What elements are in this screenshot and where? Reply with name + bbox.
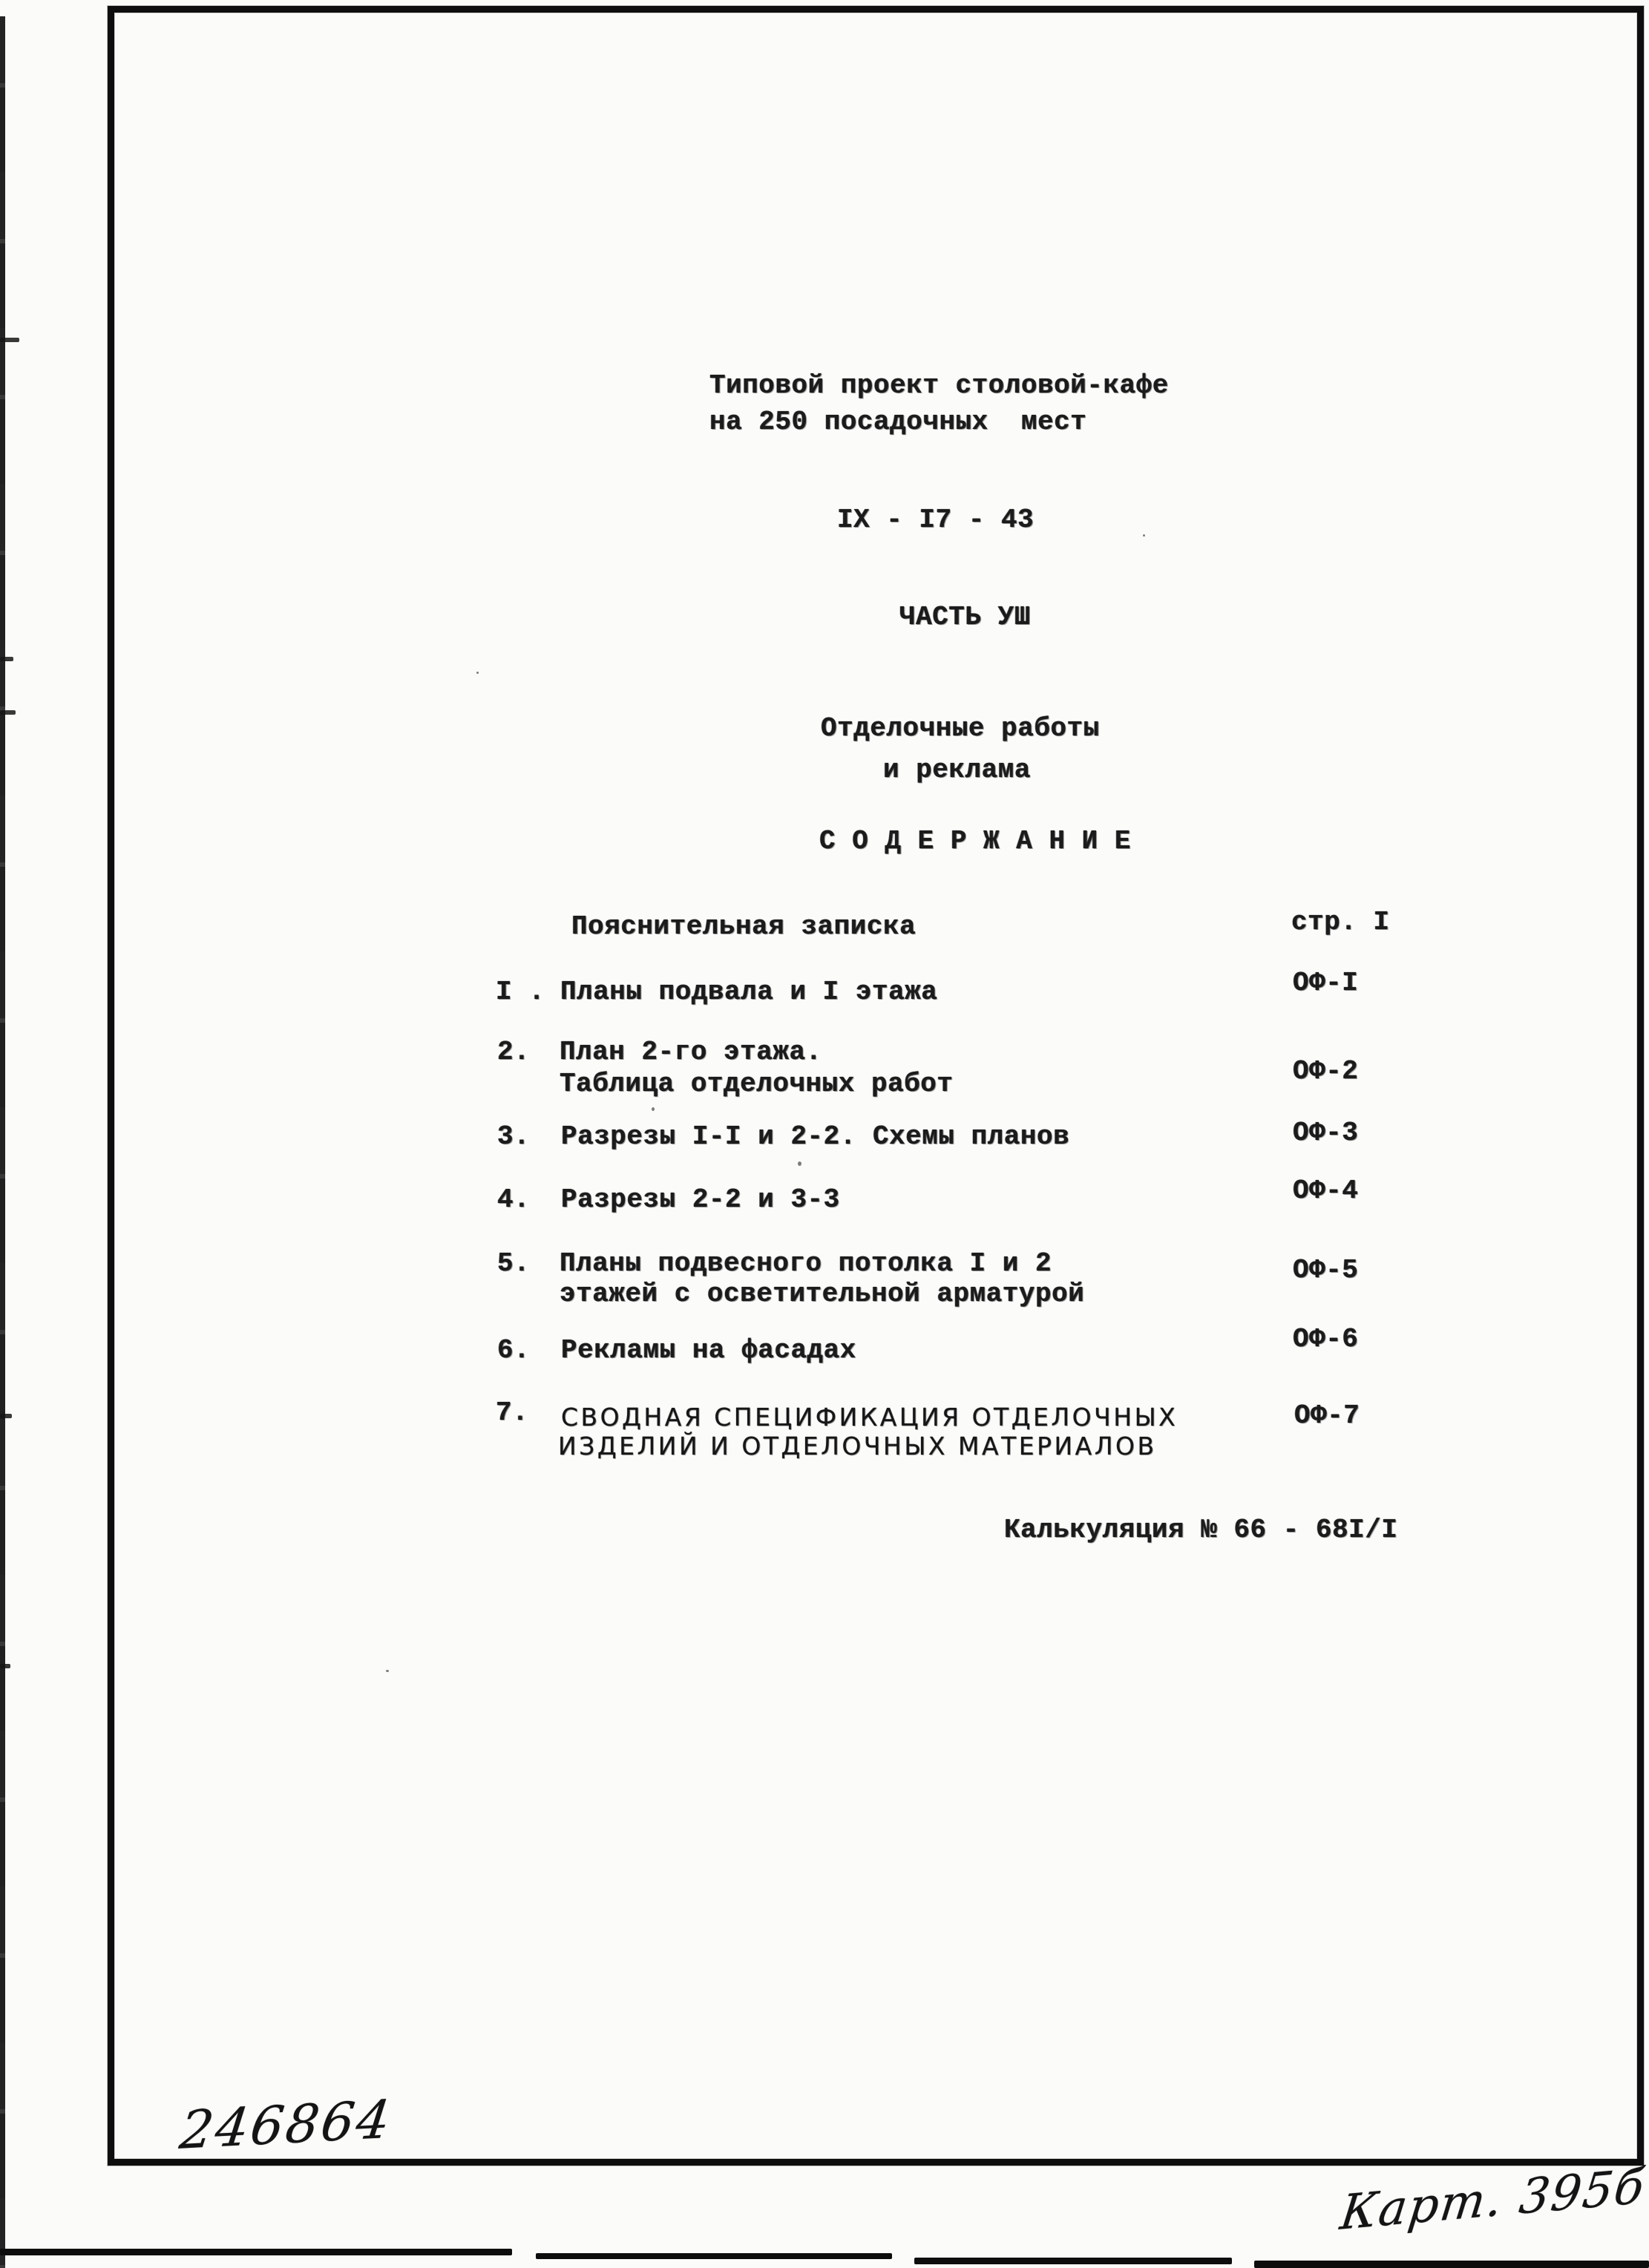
toc-intro-page-ref: стр. I: [1291, 908, 1390, 937]
toc-heading: С О Д Е Р Ж А Н И Е: [819, 827, 1131, 856]
document-page: Типовой проект столовой-кафе на 250 поса…: [0, 0, 1649, 2268]
toc-item-1-code: ОФ-I: [1293, 969, 1358, 998]
toc-item-7-line: СВОДНАЯ СПЕЦИФИКАЦИЯ ОТДЕЛОЧНЫХ: [561, 1403, 1178, 1432]
handwritten-inventory-number: 246864: [177, 2088, 396, 2161]
toc-item-4-code: ОФ-4: [1293, 1176, 1358, 1206]
project-code: IX - I7 - 43: [837, 505, 1034, 535]
scan-edge-bottom-segment: [0, 2249, 512, 2255]
part-label: ЧАСТЬ УШ: [899, 603, 1031, 632]
scan-edge-bottom-segment: [536, 2253, 892, 2259]
scan-tick: [0, 338, 19, 342]
subtitle-line1: Отделочные работы: [821, 714, 1100, 744]
toc-item-1-line: Планы подвала и I этажа: [560, 977, 937, 1007]
toc-item-7-line: ИЗДЕЛИЙ И ОТДЕЛОЧНЫХ МАТЕРИАЛОВ: [558, 1432, 1157, 1461]
handwritten-card-note: Карт. 395б: [1337, 2159, 1648, 2241]
subtitle-line2: и реклама: [883, 756, 1031, 785]
ink-speck: [798, 1161, 801, 1166]
scan-edge-bottom-segment: [914, 2258, 1232, 2264]
toc-item-2-code: ОФ-2: [1293, 1057, 1358, 1087]
ink-speck: [652, 1107, 655, 1111]
toc-item-1-num: I .: [496, 977, 545, 1007]
doc-title-line2: на 250 посадочных мест: [709, 407, 1086, 437]
calculation-note: Калькуляция № 66 - 68I/I: [1004, 1515, 1397, 1545]
toc-item-7-num: 7.: [496, 1398, 528, 1428]
doc-title-line1: Типовой проект столовой-кафе: [709, 371, 1169, 401]
toc-item-3-line: Разрезы I-I и 2-2. Схемы планов: [561, 1122, 1069, 1152]
scan-edge-left-line: [0, 16, 5, 2268]
toc-item-2-num: 2.: [497, 1038, 530, 1067]
ink-speck: [1143, 534, 1145, 537]
ink-speck: [476, 672, 479, 674]
scan-tick: [0, 657, 13, 661]
toc-item-5-line: Планы подвесного потолка I и 2: [560, 1249, 1052, 1279]
scan-tick: [0, 1414, 12, 1418]
toc-item-4-line: Разрезы 2-2 и 3-3: [561, 1185, 840, 1215]
ink-speck: [386, 1670, 389, 1672]
toc-intro-label: Пояснительная записка: [571, 912, 916, 942]
toc-item-3-num: 3.: [497, 1122, 530, 1152]
scan-edge-bottom-segment: [1254, 2261, 1649, 2268]
toc-item-5-line: этажей с осветительной арматурой: [560, 1279, 1084, 1309]
toc-item-2-line: План 2-го этажа.: [560, 1038, 822, 1067]
toc-item-2-line: Таблица отделочных работ: [560, 1069, 953, 1099]
toc-item-5-code: ОФ-5: [1293, 1256, 1358, 1285]
scan-tick: [0, 710, 16, 715]
toc-item-4-num: 4.: [497, 1185, 530, 1215]
toc-item-5-num: 5.: [497, 1249, 530, 1279]
toc-item-6-num: 6.: [497, 1336, 530, 1366]
scan-tick: [0, 1664, 10, 1668]
toc-item-7-code: ОФ-7: [1294, 1401, 1360, 1431]
toc-item-6-code: ОФ-6: [1293, 1325, 1358, 1354]
toc-item-6-line: Рекламы на фасадах: [561, 1336, 856, 1366]
toc-item-3-code: ОФ-3: [1293, 1118, 1358, 1148]
